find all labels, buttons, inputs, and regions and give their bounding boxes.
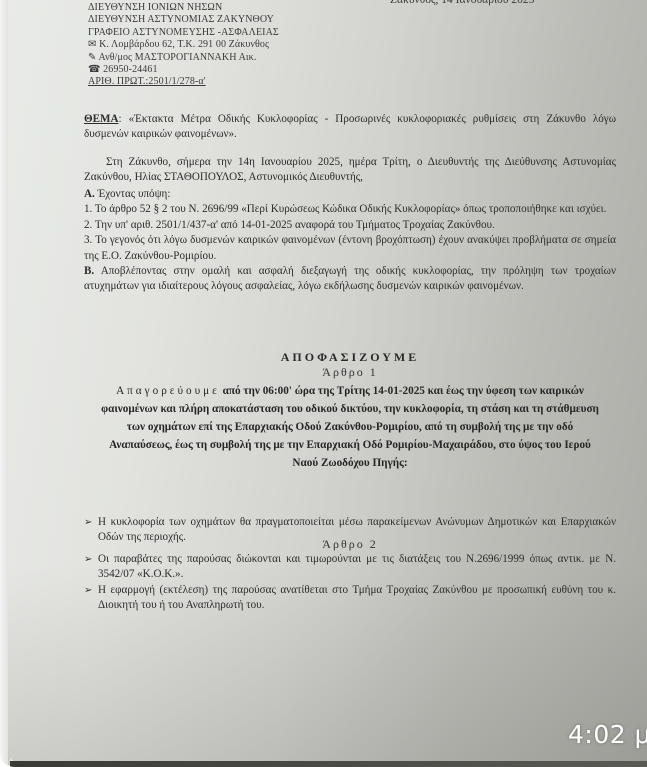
timestamp-overlay: 4:02 μ bbox=[568, 720, 647, 749]
article-1-body: Απαγορεύουμε από την 06:00' ώρα της Τρίτ… bbox=[100, 382, 600, 472]
letterhead-line: ΓΡΑΦΕΙΟ ΑΣΤΥΝΟΜΕΥΣΗΣ -ΑΣΦΑΛΕΙΑΣ bbox=[88, 27, 279, 39]
subject: ΘΕΜΑ: «Έκτακτα Μέτρα Οδικής Κυκλοφορίας … bbox=[84, 112, 616, 143]
letterhead-line: ✎ Ανθ/μος ΜΑΣΤΟΡΟΓΙΑΝΝΑΚΗ Αικ. bbox=[88, 52, 279, 64]
letterhead: ΔΙΕΥΘΥΝΣΗ ΙΟΝΙΩΝ ΝΗΣΩΝ ΔΙΕΥΘΥΝΣΗ ΑΣΤΥΝΟΜ… bbox=[88, 0, 279, 89]
letterhead-line: ✉ Κ. Λομβάρδου 62, Τ.Κ. 291 00 Ζάκυνθος bbox=[88, 39, 279, 51]
letterhead-line: ΔΙΕΥΘΥΝΣΗ ΑΣΤΥΝΟΜΙΑΣ ΖΑΚΥΝΘΟΥ bbox=[88, 14, 279, 26]
article-2-bullets: ➢ Οι παραβάτες της παρούσας διώκονται κα… bbox=[84, 552, 616, 614]
protocol-number: ΑΡΙΘ. ΠΡΩΤ.:2501/1/278-α' bbox=[88, 76, 279, 88]
letterhead-line: ☎ 26950-24461 bbox=[88, 64, 279, 76]
section-a-text: Έχοντας υπόψη: bbox=[98, 188, 171, 200]
letterhead-line: ΔΙΕΥΘΥΝΣΗ ΙΟΝΙΩΝ ΝΗΣΩΝ bbox=[88, 2, 279, 14]
consideration-item: 2. Την υπ' αριθ. 2501/1/437-α' από 14-01… bbox=[84, 218, 616, 233]
decision-heading: ΑΠΟΦΑΣΙΖΟΥΜΕ bbox=[84, 350, 616, 365]
bullet-item: ➢ Η εφαρμογή (εκτέλεση) της παρούσας ανα… bbox=[84, 583, 616, 614]
article-1-lead: Απαγορεύουμε bbox=[116, 385, 220, 397]
considerations: Α. Έχοντας υπόψη: 1. Το άρθρο 52 § 2 του… bbox=[84, 187, 616, 295]
arrow-bullet-icon: ➢ bbox=[84, 552, 98, 583]
subject-text: : «Έκτακτα Μέτρα Οδικής Κυκλοφορίας - Πρ… bbox=[84, 113, 616, 140]
consideration-item: 1. Το άρθρο 52 § 2 του Ν. 2696/99 «Περί … bbox=[84, 202, 616, 217]
article-2-title: Άρθρο 2 bbox=[84, 537, 616, 552]
arrow-bullet-icon: ➢ bbox=[84, 583, 98, 614]
paper-bottom-edge bbox=[10, 761, 647, 767]
document-photo: Ζάκυνθος, 14 Ιανουαρίου 2025 ΔΙΕΥΘΥΝΣΗ Ι… bbox=[0, 0, 647, 767]
section-a-label: Α. bbox=[84, 188, 95, 200]
bullet-item: ➢ Οι παραβάτες της παρούσας διώκονται κα… bbox=[84, 552, 616, 583]
section-b-text: Αποβλέποντας στην ομαλή και ασφαλή διεξα… bbox=[84, 265, 616, 292]
section-b-label: Β. bbox=[84, 265, 94, 277]
intro-paragraph: Στη Ζάκυνθο, σήμερα την 14η Ιανουαρίου 2… bbox=[84, 155, 616, 186]
document-date: Ζάκυνθος, 14 Ιανουαρίου 2025 bbox=[390, 0, 534, 6]
subject-label: ΘΕΜΑ bbox=[84, 113, 119, 125]
article-1-text: από την 06:00' ώρα της Τρίτης 14-01-2025… bbox=[101, 385, 599, 469]
consideration-item: 3. Το γεγονός ότι λόγω δυσμενών καιρικών… bbox=[84, 233, 616, 264]
article-1-title: Άρθρο 1 bbox=[84, 365, 616, 380]
